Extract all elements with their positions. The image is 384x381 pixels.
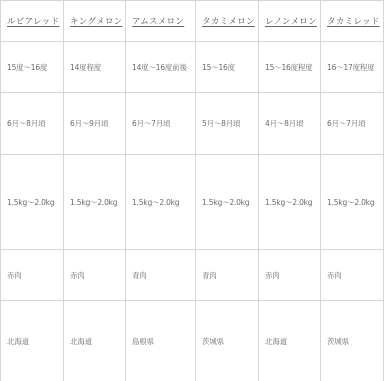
header-cell: アムスメロン — [126, 1, 196, 42]
season-cell: 5月〜8月頃 — [196, 93, 259, 155]
origin-cell: 島根県 — [126, 301, 196, 381]
origin-cell: 北海道 — [1, 301, 64, 381]
origin-cell: 北海道 — [259, 301, 321, 381]
weight-cell: 1.5kg〜2.0kg — [321, 155, 384, 250]
weight-cell: 1.5kg〜2.0kg — [259, 155, 321, 250]
variety-link-takami-red[interactable]: タカミレッド — [327, 17, 380, 27]
season-cell: 6月〜7月頃 — [126, 93, 196, 155]
row-weight: 1.5kg〜2.0kg 1.5kg〜2.0kg 1.5kg〜2.0kg 1.5k… — [1, 155, 384, 250]
sugar-cell: 15〜16度程度 — [259, 42, 321, 93]
season-cell: 6月〜7月頃 — [321, 93, 384, 155]
sugar-cell: 16〜17度程度 — [321, 42, 384, 93]
sugar-cell: 14度程度 — [64, 42, 126, 93]
season-cell: 6月〜8月頃 — [1, 93, 64, 155]
origin-cell: 北海道 — [64, 301, 126, 381]
season-cell: 4月〜8月頃 — [259, 93, 321, 155]
header-cell: キングメロン — [64, 1, 126, 42]
row-flesh-color: 赤肉 赤肉 青肉 青肉 赤肉 赤肉 — [1, 250, 384, 301]
row-variety-name: ルビアレッド キングメロン アムスメロン タカミメロン レノンメロン タカミレッ… — [1, 1, 384, 42]
row-origin: 北海道 北海道 島根県 茨城県 北海道 茨城県 — [1, 301, 384, 381]
flesh-cell: 青肉 — [196, 250, 259, 301]
variety-link-ams-melon[interactable]: アムスメロン — [132, 17, 184, 27]
variety-link-lenon-melon[interactable]: レノンメロン — [265, 17, 317, 27]
flesh-cell: 赤肉 — [1, 250, 64, 301]
variety-link-king-melon[interactable]: キングメロン — [70, 17, 122, 27]
sugar-cell: 14度〜16度前後 — [126, 42, 196, 93]
weight-cell: 1.5kg〜2.0kg — [64, 155, 126, 250]
melon-comparison-table: ルビアレッド キングメロン アムスメロン タカミメロン レノンメロン タカミレッ… — [0, 0, 384, 381]
flesh-cell: 赤肉 — [64, 250, 126, 301]
flesh-cell: 赤肉 — [321, 250, 384, 301]
origin-cell: 茨城県 — [196, 301, 259, 381]
header-cell: レノンメロン — [259, 1, 321, 42]
origin-cell: 茨城県 — [321, 301, 384, 381]
header-cell: ルビアレッド — [1, 1, 64, 42]
flesh-cell: 赤肉 — [259, 250, 321, 301]
weight-cell: 1.5kg〜2.0kg — [1, 155, 64, 250]
header-cell: タカミレッド — [321, 1, 384, 42]
row-season: 6月〜8月頃 6月〜9月頃 6月〜7月頃 5月〜8月頃 4月〜8月頃 6月〜7月… — [1, 93, 384, 155]
sugar-cell: 15〜16度 — [196, 42, 259, 93]
sugar-cell: 15度〜16度 — [1, 42, 64, 93]
variety-link-takami-melon[interactable]: タカミメロン — [202, 17, 255, 27]
flesh-cell: 青肉 — [126, 250, 196, 301]
weight-cell: 1.5kg〜2.0kg — [126, 155, 196, 250]
variety-link-rubia-red[interactable]: ルビアレッド — [7, 17, 59, 27]
header-cell: タカミメロン — [196, 1, 259, 42]
row-sugar-content: 15度〜16度 14度程度 14度〜16度前後 15〜16度 15〜16度程度 … — [1, 42, 384, 93]
season-cell: 6月〜9月頃 — [64, 93, 126, 155]
weight-cell: 1.5kg〜2.0kg — [196, 155, 259, 250]
